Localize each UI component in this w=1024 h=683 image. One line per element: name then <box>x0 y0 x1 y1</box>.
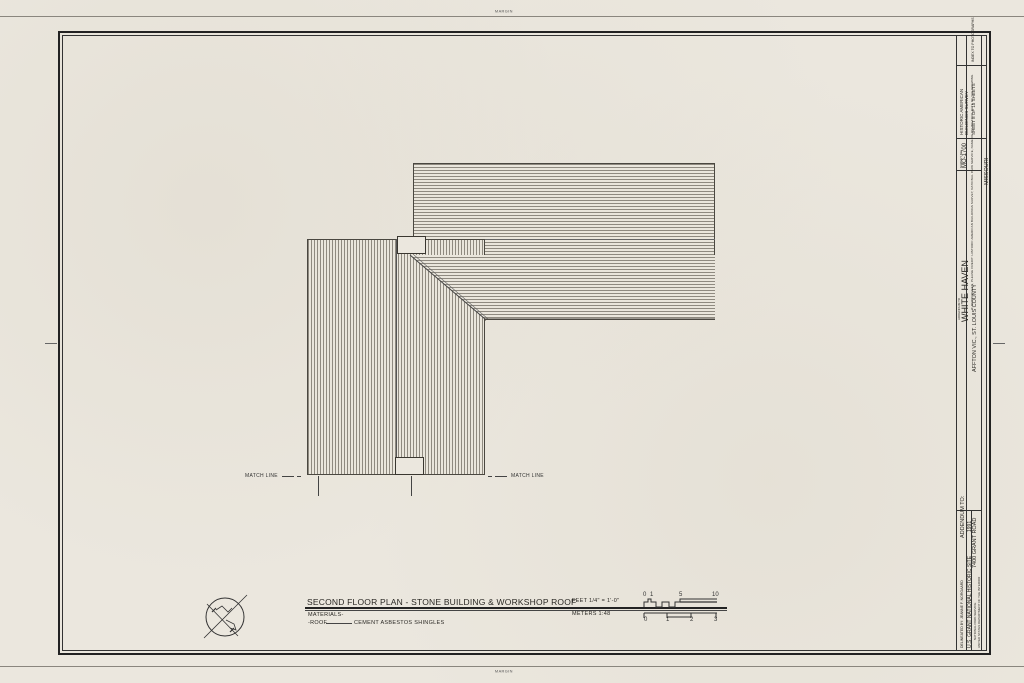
match-line-label-left: MATCH LINE <box>245 473 278 479</box>
center-tick-left <box>45 343 57 344</box>
meter-tick-2: 2 <box>690 617 693 623</box>
program-line-2: BUILDINGS SURVEY <box>964 91 969 135</box>
title-rule-2 <box>305 610 727 611</box>
roof-leader-line <box>326 623 352 624</box>
wall-line-left <box>318 476 319 496</box>
valley-intersection <box>396 239 716 321</box>
meter-tick-3: 3 <box>714 617 717 623</box>
north-arrow-icon <box>202 594 248 640</box>
addendum-label: ADDENDUM TO: <box>960 496 966 538</box>
trim-label-top: MARGIN <box>495 8 513 13</box>
match-line-dash-right <box>488 476 492 477</box>
state: MISSOURI <box>984 158 990 185</box>
reproduction-notes: IF REPRODUCED, PLEASE CREDIT: HISTORIC A… <box>970 75 974 310</box>
match-line-dash-left-2 <box>297 476 301 477</box>
survey-number: MO-1700 <box>962 143 968 168</box>
match-line-label-right: MATCH LINE <box>511 473 544 479</box>
meter-tick-0: 0 <box>644 617 647 623</box>
meter-tick-1: 1 <box>666 617 669 623</box>
trim-line-top <box>0 16 1024 17</box>
title-block-divider-1 <box>956 35 957 651</box>
trim-label-bottom: MARGIN <box>495 668 513 673</box>
location: AFFTON VIC., ST. LOUIS COUNTY <box>972 284 978 372</box>
scale-meters-label: METERS 1:48 <box>572 611 610 617</box>
drawing-sheet: MARGIN MARGIN <box>0 0 1024 683</box>
trim-line-bottom <box>0 666 1024 667</box>
delineator: DELINEATED BY: JEANNE F. NORGAARD <box>960 580 964 648</box>
roof-material: CEMENT ASBESTOS SHINGLES <box>354 620 444 626</box>
plan-title: SECOND FLOOR PLAN - STONE BUILDING & WOR… <box>307 597 576 607</box>
inner-border <box>62 35 987 651</box>
roof-label: -ROOF <box>308 620 327 626</box>
index-label: INDEX TO PHOTOGRAPHS <box>971 17 975 62</box>
chimney-top <box>397 236 426 254</box>
chimney-bottom <box>395 457 424 475</box>
match-line-dash-right-2 <box>495 476 507 477</box>
materials-label: MATERIALS- <box>308 612 344 618</box>
title-block-row-1 <box>956 65 987 66</box>
year: 1991 <box>967 521 973 532</box>
agency-line-2: UNITED STATES DEPARTMENT OF THE INTERIOR <box>977 577 981 648</box>
match-line-dash-left <box>282 476 294 477</box>
wall-line-center <box>411 476 412 496</box>
center-tick-right <box>993 343 1005 344</box>
building-name: WHITE HAVEN <box>960 260 970 322</box>
scale-feet-label: FEET 1/4" = 1'-0" <box>572 598 619 604</box>
title-block-divider-3 <box>981 35 982 651</box>
title-block-row-3 <box>956 170 981 171</box>
